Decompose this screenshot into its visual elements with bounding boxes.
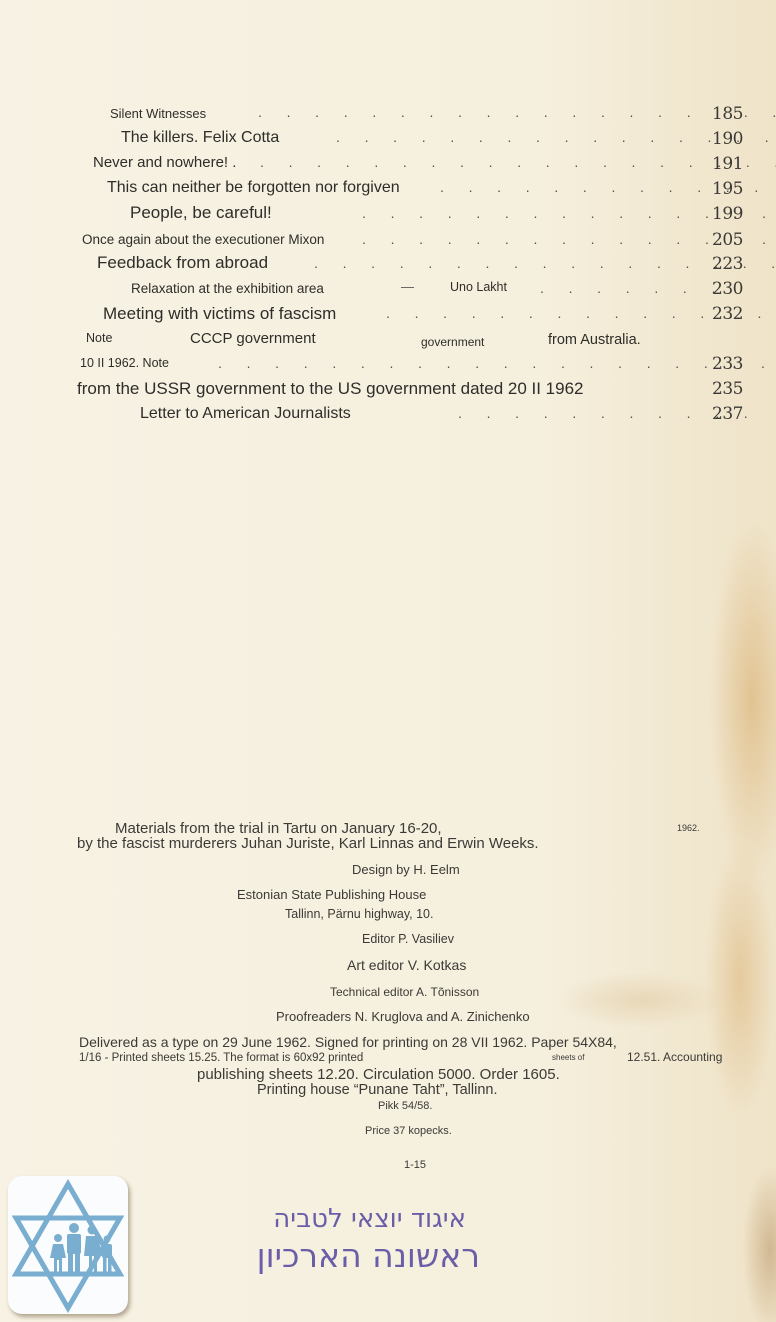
toc-page-number: 205 [712, 230, 743, 250]
imprint-sheets-of: sheets of [552, 1053, 584, 1062]
imprint-design: Design by H. Eelm [352, 862, 460, 877]
toc-page-number: 199 [712, 204, 743, 224]
toc-title: Meeting with victims of fascism [103, 304, 336, 324]
leader-dots: . . . . . . . . . . . . . . . . . . . . … [258, 104, 776, 120]
toc-fragment: CCCP government [190, 330, 316, 347]
toc-entry: Meeting with victims of fascism . . . . … [0, 303, 776, 327]
toc-title: The killers. Felix Cotta [121, 129, 279, 147]
leader-dots: . . . . . . . . . . . . . . . . . . . . … [260, 154, 776, 170]
toc-page-number: 185 [712, 104, 743, 124]
toc-page-number: 191 [712, 154, 743, 174]
leader-dots: . . . . . . . . . . . . . . . . . . . . … [218, 355, 776, 371]
toc-title: This can neither be forgotten nor forgiv… [107, 179, 400, 197]
imprint-editor: Editor P. Vasiliev [362, 932, 454, 946]
watermark-hebrew-line2: ראשונה הארכיון [266, 1236, 480, 1275]
leader-dots: . . . . . . . . . . . . . . . . [336, 129, 776, 145]
toc-page-number: 190 [712, 129, 743, 149]
imprint-technical-editor: Technical editor A. Tõnisson [330, 985, 479, 999]
leader-dots: . . . . . . . . . . . . . . . . . [314, 255, 776, 271]
toc-author: Uno Lakht [450, 280, 507, 294]
toc-title: Relaxation at the exhibition area [131, 281, 324, 296]
archive-logo [8, 1176, 128, 1314]
imprint-price: Price 37 kopecks. [365, 1125, 452, 1137]
imprint-art-editor: Art editor V. Kotkas [347, 957, 466, 973]
toc-entry: Relaxation at the exhibition area — Uno … [0, 278, 776, 302]
leader-dots: . . . . . . . [540, 280, 726, 296]
toc-entry-fragments: Note CCCP government government from Aus… [0, 329, 776, 353]
imprint-sheets-a: 1/16 - Printed sheets 15.25. The format … [79, 1052, 363, 1064]
toc-page-number: 230 [712, 279, 743, 299]
toc-title: from the USSR government to the US gover… [77, 379, 584, 399]
toc-title: 10 II 1962. Note [80, 356, 169, 370]
toc-entry: 10 II 1962. Note . . . . . . . . . . . .… [0, 353, 776, 377]
imprint-materials-line2: by the fascist murderers Juhan Juriste, … [77, 835, 539, 852]
imprint-sheets-b: 12.51. Accounting [627, 1050, 722, 1064]
toc-entry: People, be careful! . . . . . . . . . . … [0, 203, 776, 227]
toc-page-number: 233 [712, 354, 743, 374]
watermark-hebrew-line1: איגוד יוצאי לטביה [266, 1204, 466, 1234]
imprint-printing-house: Printing house “Punane Taht”, Tallinn. [257, 1082, 497, 1098]
star-of-david-family-icon [8, 1176, 128, 1314]
toc-fragment: government [421, 335, 484, 349]
imprint-street: Pikk 54/58. [378, 1100, 432, 1112]
imprint-publisher: Estonian State Publishing House [237, 887, 426, 902]
toc-title: Letter to American Journalists [140, 405, 351, 423]
toc-page-number: 195 [712, 179, 743, 199]
imprint-address: Tallinn, Pärnu highway, 10. [285, 907, 433, 921]
toc-fragment: Note [86, 331, 112, 345]
imprint-delivered: Delivered as a type on 29 June 1962. Sig… [79, 1034, 617, 1050]
toc-entry: Feedback from abroad . . . . . . . . . .… [0, 253, 776, 277]
toc-title: Silent Witnesses [110, 106, 206, 121]
toc-entry: Letter to American Journalists . . . . .… [0, 404, 776, 428]
imprint-code: 1-15 [404, 1159, 426, 1171]
toc-page-number: 223 [712, 254, 743, 274]
toc-page-number: 235 [712, 379, 743, 399]
toc-entry: Never and nowhere! . . . . . . . . . . .… [0, 153, 776, 177]
toc-title: Never and nowhere! . [93, 154, 236, 171]
toc-title: People, be careful! [130, 203, 272, 223]
toc-fragment: from Australia. [548, 332, 641, 348]
toc-entry: This can neither be forgotten nor forgiv… [0, 178, 776, 202]
imprint-proofreaders: Proofreaders N. Kruglova and A. Zinichen… [276, 1009, 530, 1024]
em-dash: — [401, 279, 414, 294]
imprint-publishing-sheets: publishing sheets 12.20. Circulation 500… [197, 1066, 560, 1083]
toc-entry: Once again about the executioner Mixon .… [0, 229, 776, 253]
toc-title: Once again about the executioner Mixon [82, 232, 324, 247]
scanned-page: Silent Witnesses . . . . . . . . . . . .… [0, 0, 776, 1322]
toc-title: Feedback from abroad [97, 253, 268, 273]
toc-page-number: 237 [712, 404, 743, 424]
toc-entry: Silent Witnesses . . . . . . . . . . . .… [0, 104, 776, 128]
toc-entry: from the USSR government to the US gover… [0, 378, 776, 402]
imprint-year: 1962. [677, 823, 700, 833]
toc-page-number: 232 [712, 304, 743, 324]
toc-entry: The killers. Felix Cotta . . . . . . . .… [0, 128, 776, 152]
